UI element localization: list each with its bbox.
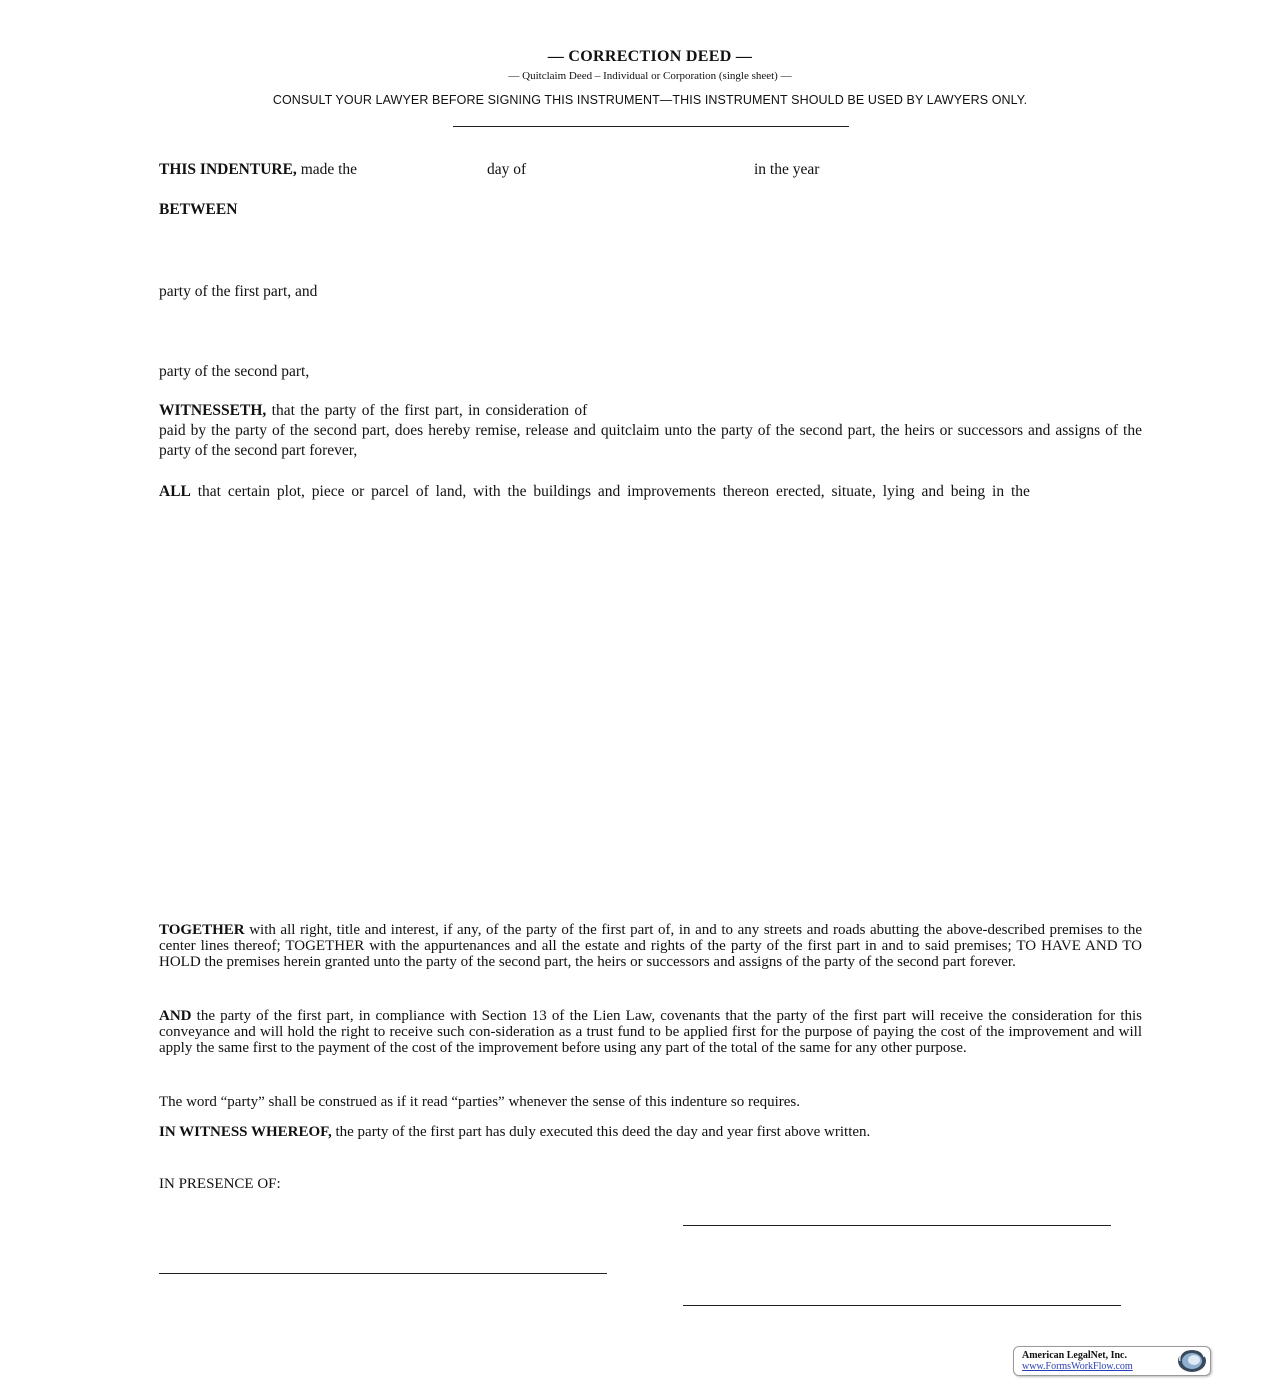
between-heading: BETWEEN: [159, 200, 237, 220]
witnesseth-line1: that the party of the first part, in con…: [272, 402, 588, 419]
in-presence-label: IN PRESENCE OF:: [159, 1174, 281, 1194]
all-clause: ALL that certain plot, piece or parcel o…: [159, 482, 1142, 502]
between-text: BETWEEN: [159, 201, 237, 218]
day-of-label: day of: [487, 160, 526, 180]
together-clause: TOGETHER with all right, title and inter…: [159, 922, 1142, 970]
and-text: the party of the first part, in complian…: [159, 1008, 1142, 1056]
all-lead: ALL: [159, 483, 191, 500]
in-witness-lead: IN WITNESS WHEREOF,: [159, 1124, 332, 1140]
american-legalnet-logo[interactable]: American LegalNet, Inc. www.FormsWorkFlo…: [1013, 1346, 1211, 1376]
lawyer-warning: CONSULT YOUR LAWYER BEFORE SIGNING THIS …: [0, 93, 1275, 107]
and-clause: AND the party of the first part, in comp…: [159, 1008, 1142, 1056]
all-text: that certain plot, piece or parcel of la…: [198, 483, 1030, 500]
in-the-year-label: in the year: [754, 160, 819, 180]
witnesseth-rest: paid by the party of the second part, do…: [159, 421, 1142, 461]
globe-icon: [1175, 1349, 1207, 1373]
indenture-lead: THIS INDENTURE,: [159, 161, 297, 178]
document-title: — CORRECTION DEED —: [0, 48, 1275, 66]
grantor-signature-line-1[interactable]: [683, 1225, 1111, 1226]
together-text: with all right, title and interest, if a…: [159, 922, 1142, 970]
witnesseth-lead: WITNESSETH,: [159, 402, 266, 419]
header-divider: [453, 126, 849, 127]
party-construction-clause: The word “party” shall be construed as i…: [159, 1092, 800, 1112]
indenture-line: THIS INDENTURE, made the day of in the y…: [159, 160, 919, 180]
and-lead: AND: [159, 1008, 192, 1024]
together-lead: TOGETHER: [159, 922, 245, 938]
in-witness-clause: IN WITNESS WHEREOF, the party of the fir…: [159, 1124, 1142, 1140]
second-party-label: party of the second part,: [159, 362, 309, 382]
grantor-signature-line-2[interactable]: [683, 1305, 1121, 1306]
in-witness-text: the party of the first part has duly exe…: [335, 1124, 870, 1140]
first-party-label: party of the first part, and: [159, 282, 317, 302]
company-name: American LegalNet, Inc.: [1022, 1350, 1127, 1361]
witness-signature-line[interactable]: [159, 1273, 607, 1274]
document-subtitle: — Quitclaim Deed – Individual or Corpora…: [0, 70, 1275, 82]
made-the-label: made the: [301, 161, 357, 178]
company-url-link[interactable]: www.FormsWorkFlow.com: [1022, 1361, 1133, 1372]
witnesseth-clause: WITNESSETH, that the party of the first …: [159, 401, 1142, 461]
